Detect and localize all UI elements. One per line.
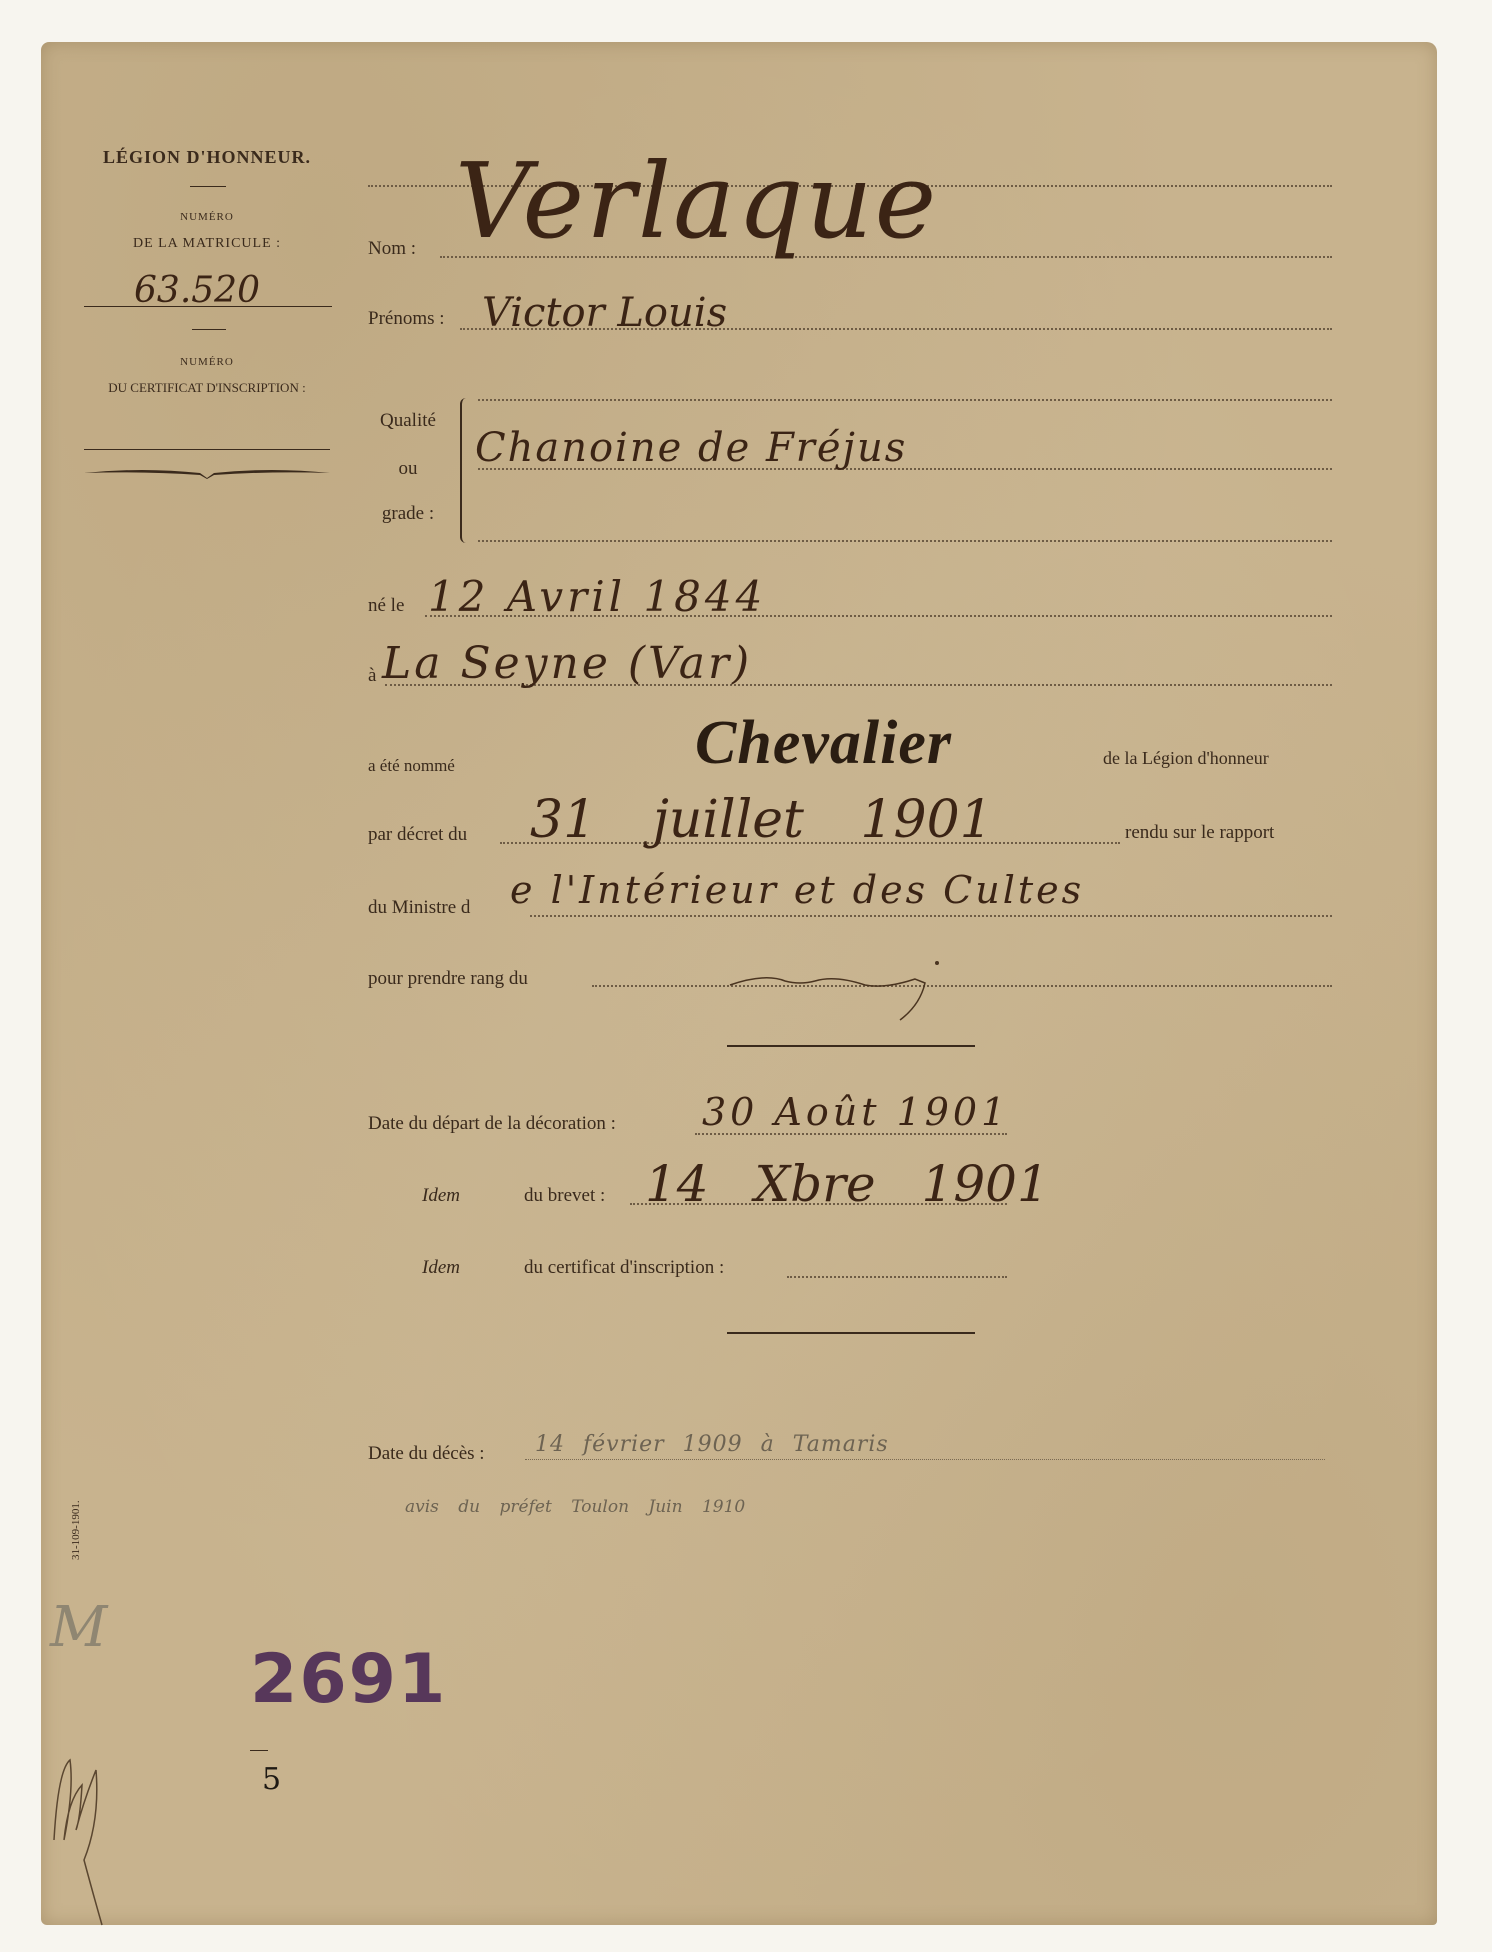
decret-value: 31 juillet 1901 — [530, 790, 993, 850]
nomination-label-after: de la Légion d'honneur — [1103, 748, 1269, 769]
rang-label: pour prendre rang du — [368, 968, 528, 990]
deces-note: avis du préfet Toulon Juin 1910 — [405, 1497, 745, 1517]
nomination-rank: Chevalier — [695, 708, 952, 779]
ministre-line — [530, 915, 1332, 917]
depart-label: Date du départ de la décoration : — [368, 1113, 616, 1135]
brevet-idem: Idem — [422, 1185, 460, 1207]
lieu-value: La Seyne (Var) — [382, 638, 752, 689]
print-code: 31-109-1901. — [70, 1500, 82, 1560]
lieu-label: à — [368, 665, 376, 687]
folio-number: 5 — [262, 1762, 281, 1797]
qualite-value: Chanoine de Fréjus — [475, 425, 907, 471]
folio-dash — [250, 1750, 268, 1751]
matricule-rule — [192, 329, 226, 330]
ministre-label: du Ministre d — [368, 897, 470, 919]
certificat-label-2: DU CERTIFICAT D'INSCRIPTION : — [72, 380, 342, 396]
deces-line — [525, 1459, 1325, 1460]
separator-1 — [727, 1045, 975, 1047]
brevet-value: 14 Xbre 1901 — [645, 1155, 1049, 1213]
brevet-label: du brevet : — [524, 1185, 605, 1207]
qualite-brace — [460, 398, 468, 543]
decret-label-after: rendu sur le rapport — [1125, 822, 1274, 844]
nom-value: Verlaque — [455, 140, 938, 262]
legion-honneur-title: LÉGION D'HONNEUR. — [82, 147, 332, 168]
deces-value: 14 février 1909 à Tamaris — [535, 1432, 889, 1457]
matricule-value: 63.520 — [82, 270, 312, 311]
ink-initials-mark — [40, 1740, 110, 1930]
prenoms-value: Victor Louis — [482, 290, 727, 336]
qualite-line-3 — [478, 540, 1332, 542]
matricule-label-1: NUMÉRO — [82, 211, 332, 223]
decret-label-before: par décret du — [368, 824, 467, 846]
rang-value-mark — [725, 955, 985, 1025]
qualite-label-1: Qualité — [368, 410, 448, 432]
title-rule — [190, 186, 226, 187]
ministre-value: e l'Intérieur et des Cultes — [510, 868, 1084, 912]
matricule-label-2: DE LA MATRICULE : — [82, 236, 332, 252]
certificat-label-1: NUMÉRO — [82, 356, 332, 368]
qualite-label-2: ou — [368, 458, 448, 480]
qualite-label-3: grade : — [368, 503, 448, 525]
certificat-date-line — [787, 1276, 1007, 1278]
ne-le-label: né le — [368, 595, 404, 617]
qualite-line-1 — [478, 399, 1332, 401]
matricule-underline — [84, 306, 332, 307]
prenoms-label: Prénoms : — [368, 308, 445, 330]
flourish-ornament — [82, 465, 332, 481]
ne-le-value: 12 Avril 1844 — [428, 572, 766, 621]
certificat-idem: Idem — [422, 1257, 460, 1279]
stamp-number: 2691 — [250, 1640, 447, 1719]
nom-label: Nom : — [368, 238, 416, 260]
separator-2 — [727, 1332, 975, 1334]
depart-value: 30 Août 1901 — [702, 1090, 1009, 1134]
certificat-date-label: du certificat d'inscription : — [524, 1257, 724, 1279]
pencil-initials: M — [50, 1595, 107, 1660]
deces-label: Date du décès : — [368, 1443, 485, 1465]
nomination-label-before: a été nommé — [368, 756, 455, 776]
certificat-underline — [84, 449, 330, 450]
